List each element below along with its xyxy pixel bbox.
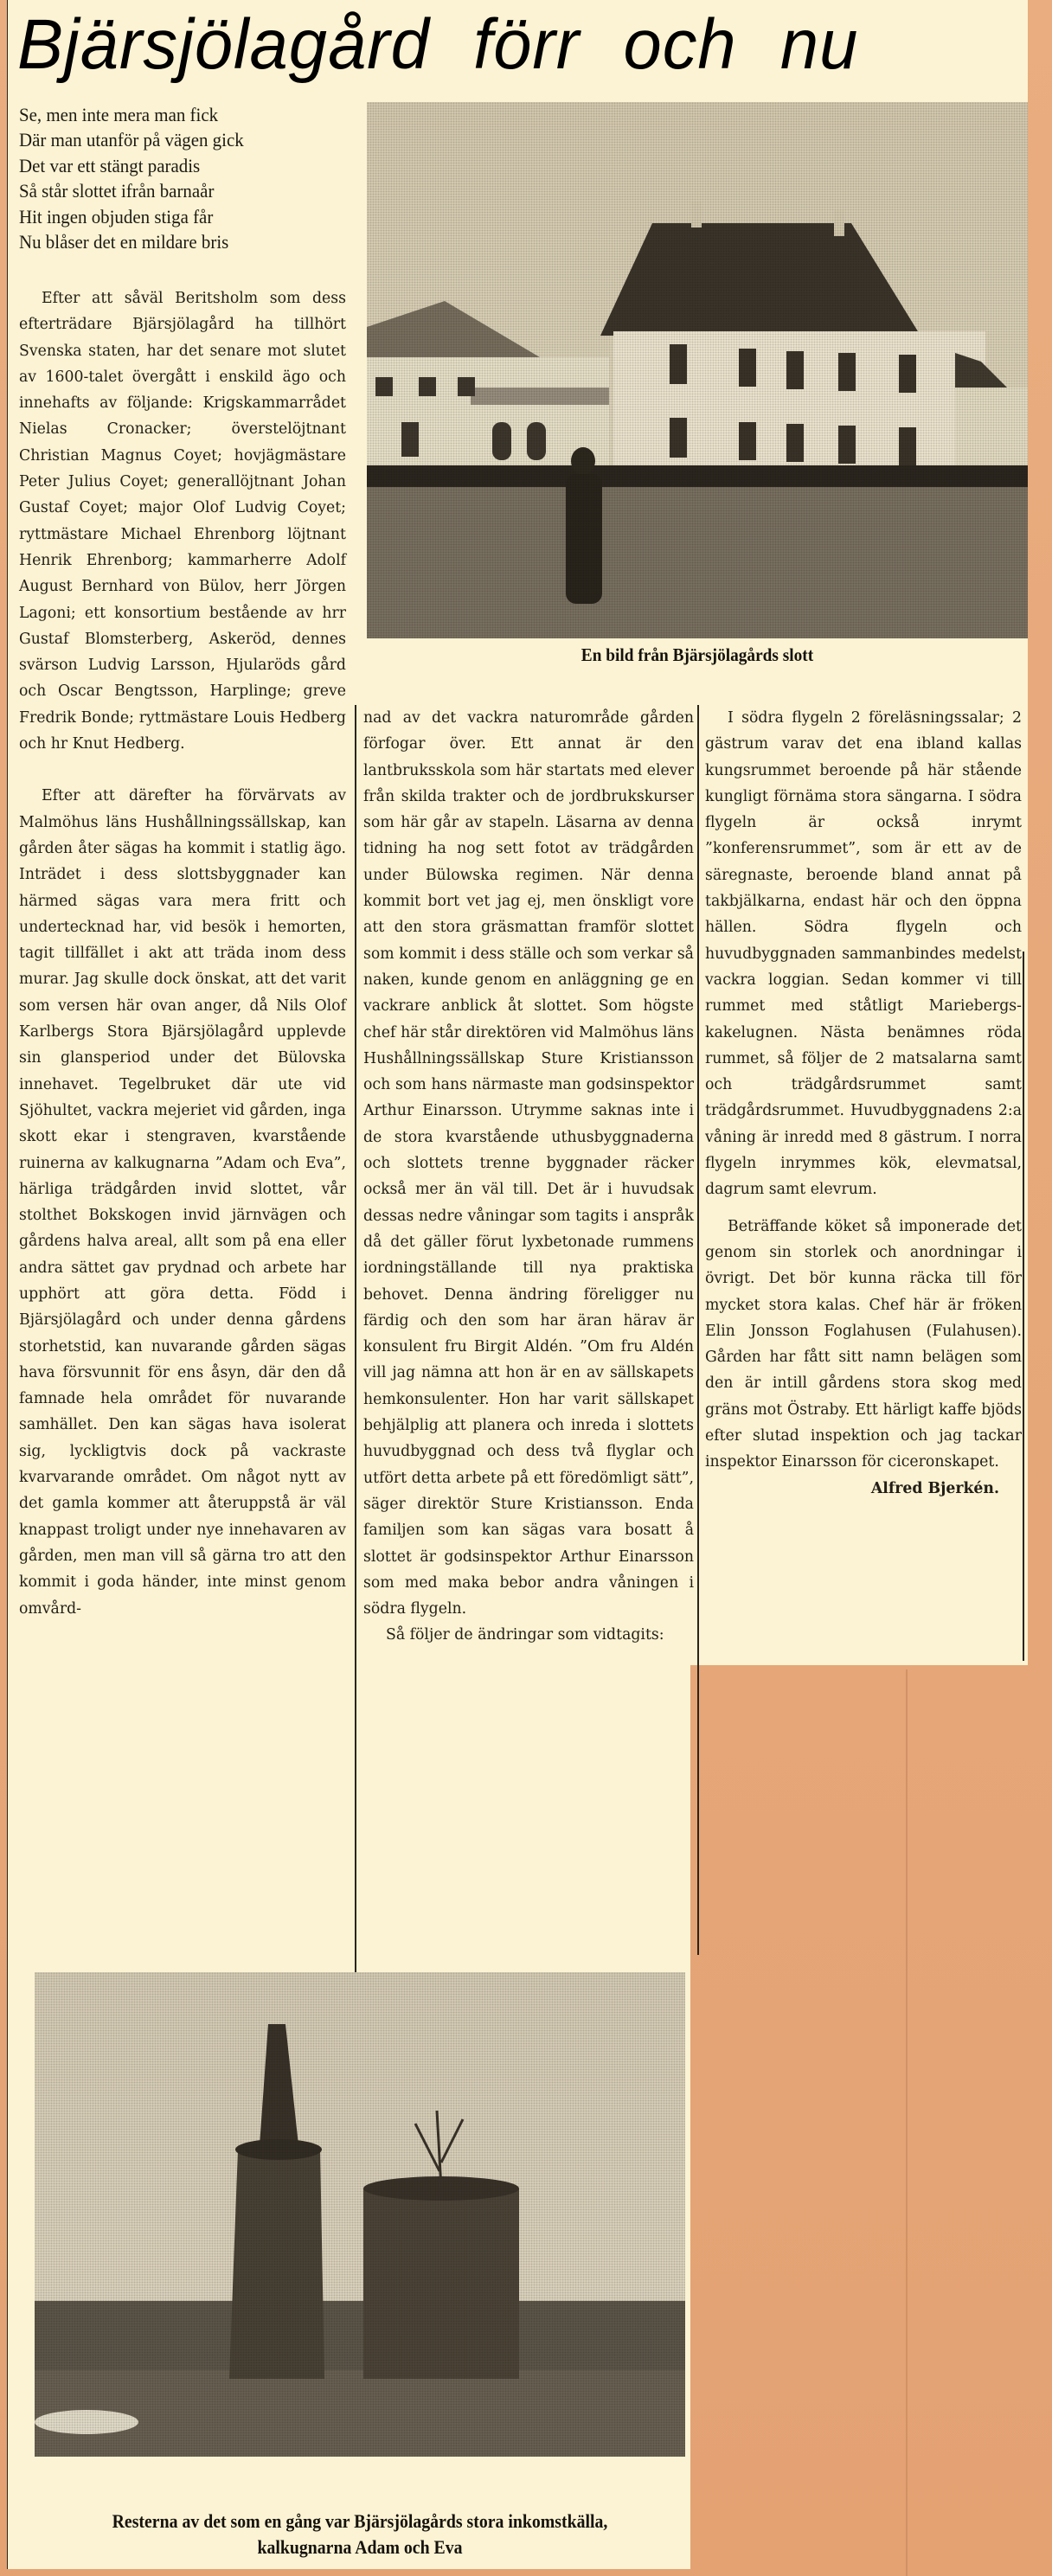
board-fold-line — [906, 1669, 908, 2576]
poem-line: Så står slottet ifrån barnaår — [19, 178, 333, 203]
poem-line: Se, men inte mera man fick — [19, 102, 333, 127]
article-column-1: Efter att såväl Beritsholm som dess efte… — [19, 285, 346, 1622]
photo-caption-top: En bild från Bjärsjölagårds slott — [394, 644, 1002, 666]
paragraph: I södra flygeln 2 föreläsningssalar; 2 g… — [705, 705, 1022, 1203]
poem-line: Nu blåser det en mildare bris — [19, 229, 333, 254]
article-column-2: nad av det vackra naturområde gården för… — [363, 705, 694, 1649]
poem: Se, men inte mera man fick Där man utanf… — [19, 102, 333, 254]
byline: Alfred Bjerkén. — [705, 1476, 1022, 1502]
clipping-edge-rule — [7, 0, 8, 2569]
photo-caption-bottom: Resterna av det som en gång var Bjärsjöl… — [67, 2509, 653, 2560]
poem-line: Hit ingen objuden stiga får — [19, 204, 333, 229]
paragraph: nad av det vackra naturområde gården för… — [363, 705, 694, 1622]
castle-photo — [367, 102, 1028, 638]
paragraph: Efter att såväl Beritsholm som dess efte… — [19, 285, 346, 757]
lime-kilns-photo — [35, 1972, 685, 2457]
poem-line: Det var ett stängt paradis — [19, 153, 333, 178]
column-rule — [355, 705, 356, 1985]
halftone-overlay — [367, 102, 1028, 638]
paragraph: Efter att därefter ha förvärvats av Malm… — [19, 783, 346, 1622]
halftone-overlay — [35, 1972, 685, 2457]
article-column-3: I södra flygeln 2 föreläsningssalar; 2 g… — [705, 705, 1022, 1502]
column-rule — [697, 705, 699, 1955]
headline: Bjärsjölagård förr och nu — [17, 5, 991, 88]
poem-line: Där man utanför på vägen gick — [19, 127, 333, 152]
paragraph: Beträffande köket så imponerade det geno… — [705, 1214, 1022, 1476]
column-rule — [1023, 952, 1024, 1661]
paragraph: Så följer de ändringar som vidtagits: — [363, 1622, 694, 1648]
